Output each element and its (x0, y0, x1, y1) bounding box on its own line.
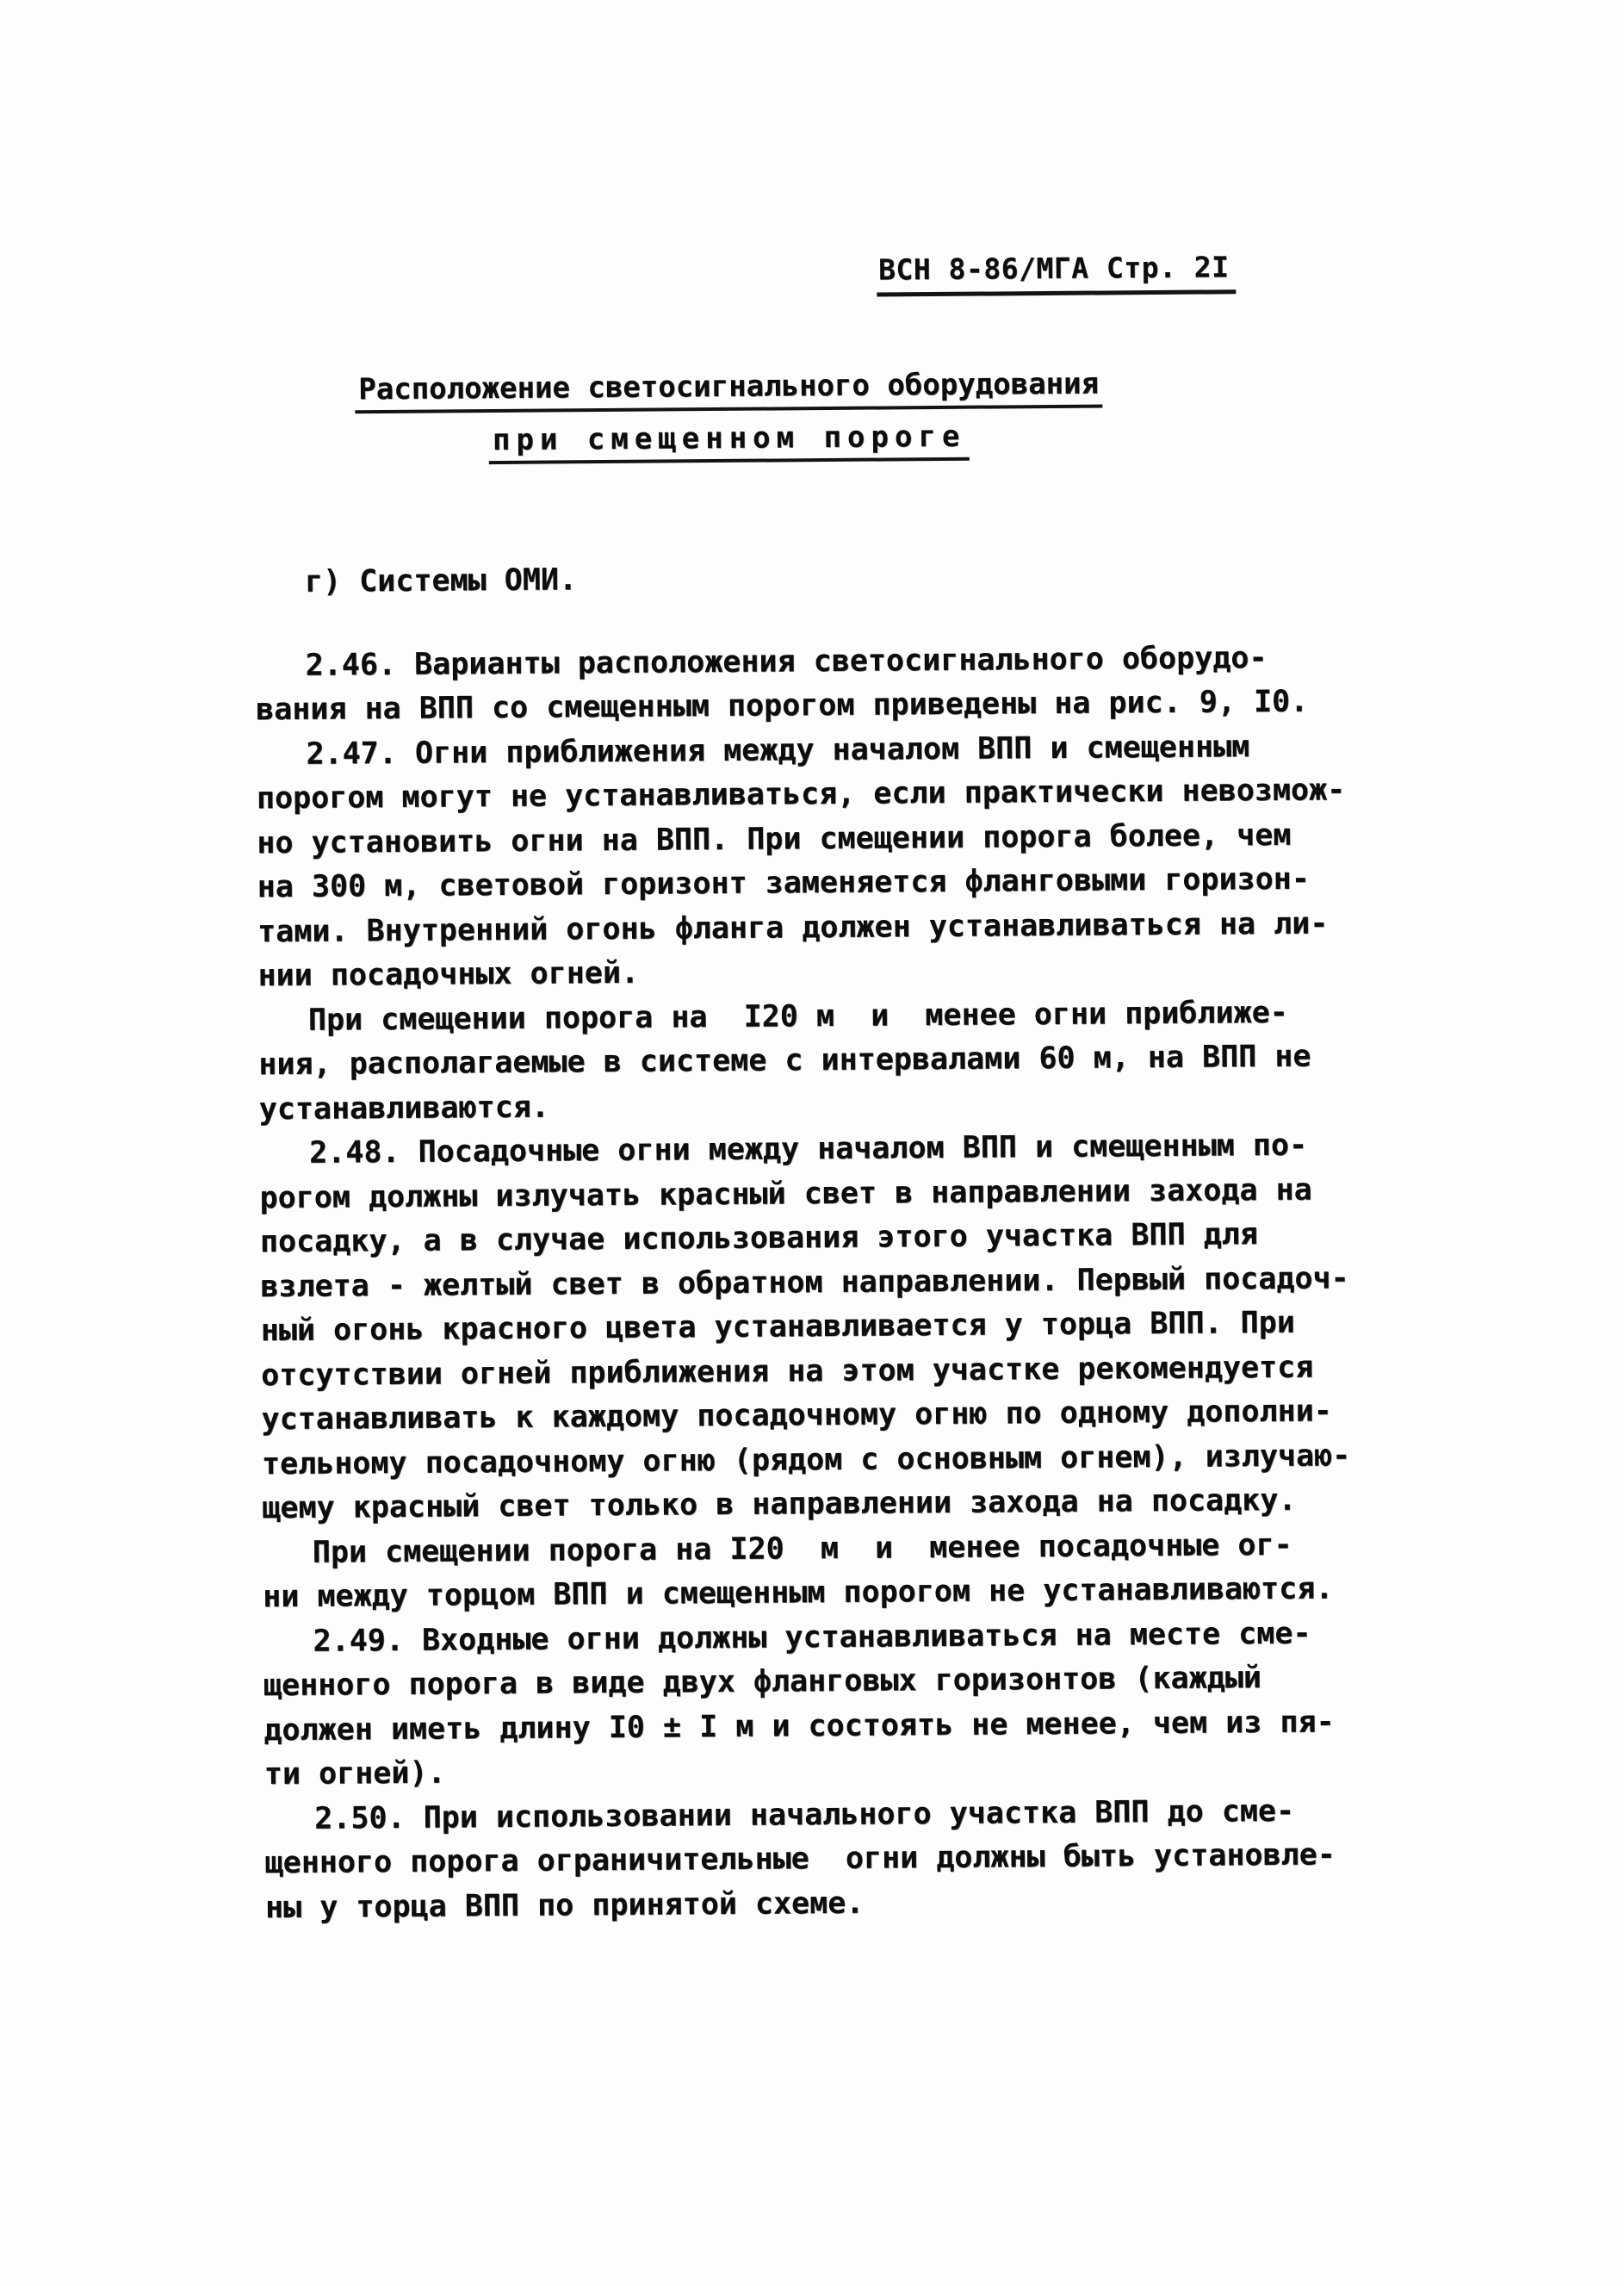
text-line: тами. Внутренний огонь фланга должен уст… (257, 901, 1437, 954)
text-line: 2.49. Входные огни должны устанавливатьс… (263, 1611, 1442, 1664)
text-line: вания на ВПП со смещенным порогом привед… (256, 679, 1435, 732)
document-title-line1: Расположение светосигнального оборудован… (355, 366, 1102, 413)
document-title: Расположение светосигнального оборудован… (337, 366, 1121, 465)
document-title-line2: при смещенном пороге (489, 419, 970, 464)
text-line: ны у торца ВПП по принятой схеме. (265, 1877, 1445, 1930)
document-body: г) Системы ОМИ.2.46. Варианты расположен… (255, 551, 1445, 1930)
document-reference-header: ВСН 8-86/МГА Стр. 2I (877, 250, 1237, 296)
text-line: г) Системы ОМИ. (255, 551, 1435, 605)
text-line: щенного порога ограничительные огни долж… (264, 1832, 1444, 1885)
text-line: ния, располагаемые в системе с интервала… (258, 1034, 1438, 1087)
text-line: должен иметь длину I0 ± I м и состоять н… (263, 1699, 1443, 1753)
scanned-document-page: ВСН 8-86/МГА Стр. 2I Расположение светос… (0, 0, 1624, 2286)
text-line: рогом должны излучать красный свет в нап… (259, 1167, 1439, 1221)
page-content: ВСН 8-86/МГА Стр. 2I Расположение светос… (0, 0, 1624, 2286)
